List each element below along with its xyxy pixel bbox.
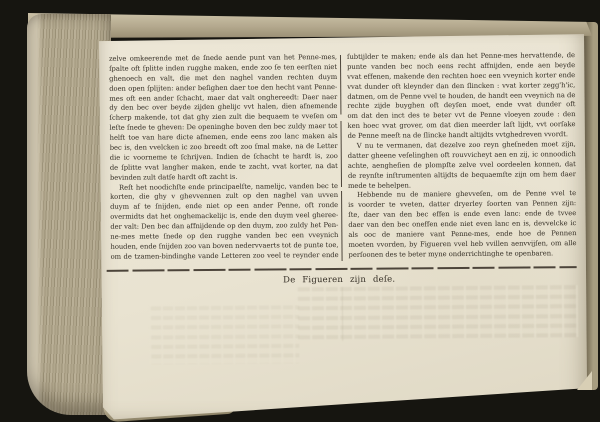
page-text-block: zelve omkeerende met de ſnede aende punt… [89,27,589,422]
text-line: de reynſte inſtrumenten altijdts de bequ… [348,170,576,182]
book-fore-edge-page-stack [27,14,111,415]
photo-background: zelve omkeerende met de ſnede aende punt… [0,0,600,422]
column-divider-rule [340,55,343,261]
section-rule [107,266,577,271]
text-column-left: zelve omkeerende met de ſnede aende punt… [109,53,339,262]
text-line: de ſplitte vvat langher maken, ende te z… [110,162,338,174]
show-through-text-right [296,285,578,339]
book-top-edge [28,12,592,38]
text-line: perſoonen des te beter myne onderrichtin… [349,249,577,261]
show-through-text-left [149,305,299,364]
book-page: zelve omkeerende met de ſnede aende punt… [90,29,587,421]
text-line: om de tzamen-bindinghe vande Letteren zo… [111,251,339,263]
figure-caption: De Figueren zijn deſe. [91,273,588,287]
text-column-right: ſubtijlder te maken; ende als dan het Pe… [347,51,577,260]
show-through-divider [342,287,343,341]
